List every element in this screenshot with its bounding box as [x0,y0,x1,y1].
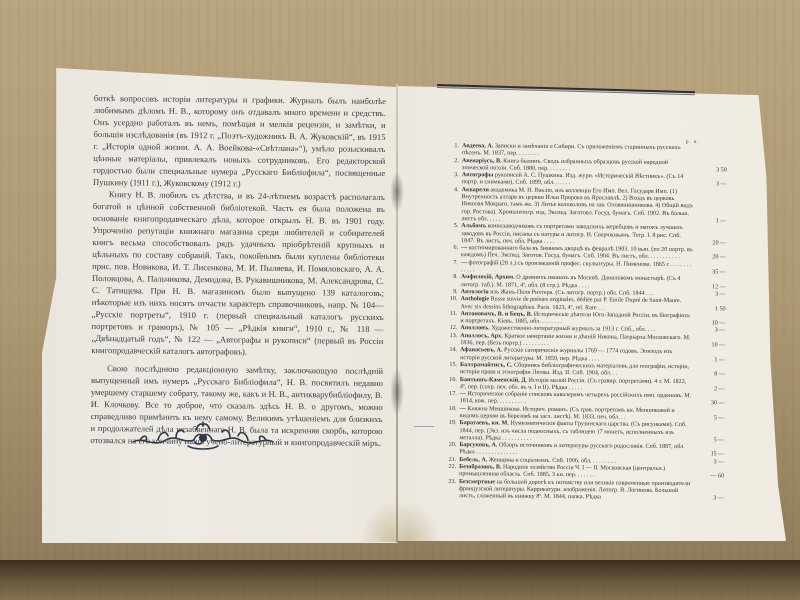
entry-price: 3 — [695,182,727,190]
entry-number: 1. [447,143,462,158]
entry-author: Бебель, А. [459,457,487,463]
entry-author: Аполлосъ, Арх. [460,333,502,339]
entry-text: Баратаевъ, кн. М. Нумизматическіе факты … [459,420,692,444]
entry-number: 18. [445,406,460,421]
entry-price: 20 — [694,240,726,248]
entry-description: Женщина и соціализмъ. Спб. 1906, обл. . … [487,457,616,464]
entry-author: Anthologie [461,296,490,302]
entry-price: 3 50 [695,167,727,175]
entry-author: Балтрамайтисъ, С. [460,362,513,368]
paragraph: боткѣ вопросовъ исторіи литературы и гра… [93,92,386,191]
entry-author: Афанасьевъ, А. [460,347,502,353]
entry-description: фотографій (28 л.) съ произведеній профе… [461,260,691,273]
page-stain [400,500,440,542]
entry-price: 1 — [693,357,725,365]
entry-author: Аполлонъ. [460,326,489,332]
entry-price: 10 — [693,342,725,350]
entry-number: 15. [445,362,460,377]
entry-description: Княжна Меншикова. Историч. романъ. (Съ г… [460,406,675,421]
entry-number: 8. [446,274,461,289]
entry-number: 14. [445,347,460,362]
entry-number: 7. [446,260,461,275]
entry-number: 11. [445,311,460,326]
entry-price: 1 — [694,218,726,226]
entry-number: 21. [444,457,459,464]
catalog-entry: 19.Баратаевъ, кн. М. Нумизматическіе фак… [444,420,724,444]
entry-description: конноэаводчиковъ съ портретами заводских… [461,224,683,245]
entry-number: 5. [446,223,461,245]
entry-price: 30 — [693,401,725,409]
entry-price: 3 — [692,459,724,467]
entry-price: 2 — [693,386,725,394]
entry-description: Историческое собраніе списковъ кавалерам… [460,391,691,405]
entry-author: Антоновичъ, В. и Бецъ, В. [460,311,532,318]
ink-mark [414,426,434,427]
entry-author: Бантышъ-Каменскій, Д. [460,377,527,384]
entry-author: Барсуковъ, А. [459,442,497,448]
entry-price: — 60 [692,474,724,482]
entry-author: Антологія [461,289,489,295]
entry-number: 10. [446,296,461,311]
catalog-entry: 23.Безсмертные на большой дорогѣ къ пото… [444,479,724,503]
entry-number: 12. [445,325,460,332]
entry-author: Альбомъ [461,223,486,229]
entry-text: Акварели академика М. Н. Вакліо, изъ кол… [461,187,694,226]
entry-number: 2. [447,158,462,173]
entry-author: Автографы [462,172,494,178]
entry-number: 6. [446,245,461,260]
entry-author: Амфилохій, Архим. [461,274,515,280]
page-stain [360,500,400,542]
catalog-entry: 4.Акварели академика М. Н. Вакліо, изъ к… [446,187,726,226]
entry-author: Безобразовъ, В. [459,464,501,470]
binding-stitch [390,172,404,212]
left-page-body: боткѣ вопросовъ исторіи литературы и гра… [90,92,386,449]
book-gutter [396,84,398,544]
entry-description: рукописей А. С. Пушкина. Изд. журн. «Ист… [462,173,684,187]
entry-description: Записки и замѣчанія о Сибири. Съ приложе… [462,143,681,157]
binding-stitch [390,368,404,416]
floral-vignette-ornament-icon [128,418,278,454]
entry-number: 13. [445,333,460,348]
catalog-list: 1.Авдеева, А. Записки и замѣчанія о Сиби… [444,143,727,503]
entry-number: 22. [444,464,459,479]
entry-author: Баратаевъ, кн. М. [460,420,509,426]
entry-price: 35 — [694,269,726,277]
entry-number: 16. [445,376,460,391]
entry-author: Авенаріусъ, В. [462,158,502,164]
entry-description: изъ Жанъ-Поля Рихтера. (Съ литогр. портр… [489,289,654,296]
entry-price: 3 — [692,495,724,503]
entry-number: 4. [446,187,461,224]
entry-price: 8 — [693,371,725,379]
entry-author: Безсмертные [459,479,495,485]
entry-number: 23. [444,479,459,501]
entry-number: 9. [446,289,461,296]
catalog-entry: 5.Альбомъ конноэаводчиковъ съ портретами… [446,223,726,247]
entry-author: Акварели [462,187,489,193]
entry-description: костюмированнаго бала въ Зимнемъ дворцѣ … [461,245,693,260]
book-shadow [0,560,800,600]
entry-number: 3. [447,172,462,187]
entry-price: 1 50 [694,306,726,314]
entry-price: 3 — [694,291,726,299]
entry-description: Художественно-литературный журналъ за 19… [490,326,656,333]
entry-number: 20. [444,442,459,457]
entry-price: 3 — [693,328,725,336]
entry-text: Безсмертные на большой дорогѣ къ потомст… [459,479,692,503]
entry-author: Авдеева, А. [462,143,493,149]
entry-price: 20 — [694,255,726,263]
entry-number: 19. [444,420,459,442]
paragraph: Книгу Н. В. любилъ съ дѣтства, и въ 24-л… [91,188,385,359]
entry-price: 5 — [692,437,724,445]
entry-description: Russe suivie de poésies originales, dédi… [461,297,682,311]
entry-text: Альбомъ конноэаводчиковъ съ портретами з… [461,223,694,247]
entry-number: 17. [445,391,460,406]
entry-price: 5 — [693,415,725,423]
entry-description: академика М. Н. Вакліо, изъ коллекціи Ег… [461,187,693,222]
